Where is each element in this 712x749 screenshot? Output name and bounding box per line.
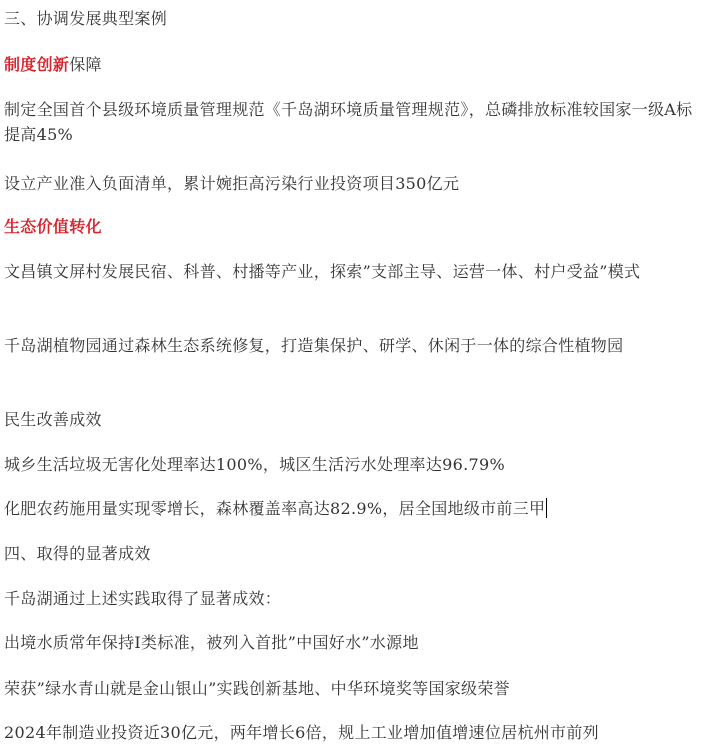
paragraph-livelihood-2-text: 化肥农药施用量实现零增长，森林覆盖率高达82.9%，居全国地级市前三甲 — [4, 499, 545, 518]
section-heading-4: 四、取得的显著成效 — [4, 541, 151, 566]
paragraph-institutional-2: 设立产业准入负面清单，累计婉拒高污染行业投资项目350亿元 — [4, 171, 694, 196]
paragraph-achievement-3: 2024年制造业投资近30亿元，两年增长6倍，规上工业增加值增速位居杭州市前列 — [4, 720, 704, 745]
paragraph-achievement-2: 荣获”绿水青山就是金山银山”实践创新基地、中华环境奖等国家级荣誉 — [4, 676, 694, 701]
subheading-institutional: 制度创新保障 — [4, 52, 102, 77]
paragraph-ecological-2: 千岛湖植物园通过森林生态系统修复，打造集保护、研学、休闲于一体的综合性植物园 — [4, 333, 694, 358]
text-cursor — [546, 498, 547, 518]
subheading-livelihood: 民生改善成效 — [4, 407, 102, 432]
section-heading-3: 三、协调发展典型案例 — [4, 6, 167, 31]
subheading-highlight: 制度创新 — [4, 55, 69, 74]
paragraph-livelihood-1: 城乡生活垃圾无害化处理率达100%，城区生活污水处理率达96.79% — [4, 452, 694, 477]
paragraph-achievements-intro: 千岛湖通过上述实践取得了显著成效： — [4, 586, 694, 611]
paragraph-livelihood-2: 化肥农药施用量实现零增长，森林覆盖率高达82.9%，居全国地级市前三甲 — [4, 496, 704, 521]
paragraph-achievement-1: 出境水质常年保持Ⅰ类标准，被列入首批”中国好水”水源地 — [4, 630, 694, 655]
subheading-ecological: 生态价值转化 — [4, 214, 102, 239]
paragraph-institutional-1: 制定全国首个县级环境质量管理规范《千岛湖环境质量管理规范》，总磷排放标准较国家一… — [4, 97, 694, 147]
subheading-rest: 保障 — [69, 55, 102, 74]
paragraph-ecological-1: 文昌镇文屏村发展民宿、科普、村播等产业，探索”支部主导、运营一体、村户受益”模式 — [4, 259, 694, 284]
